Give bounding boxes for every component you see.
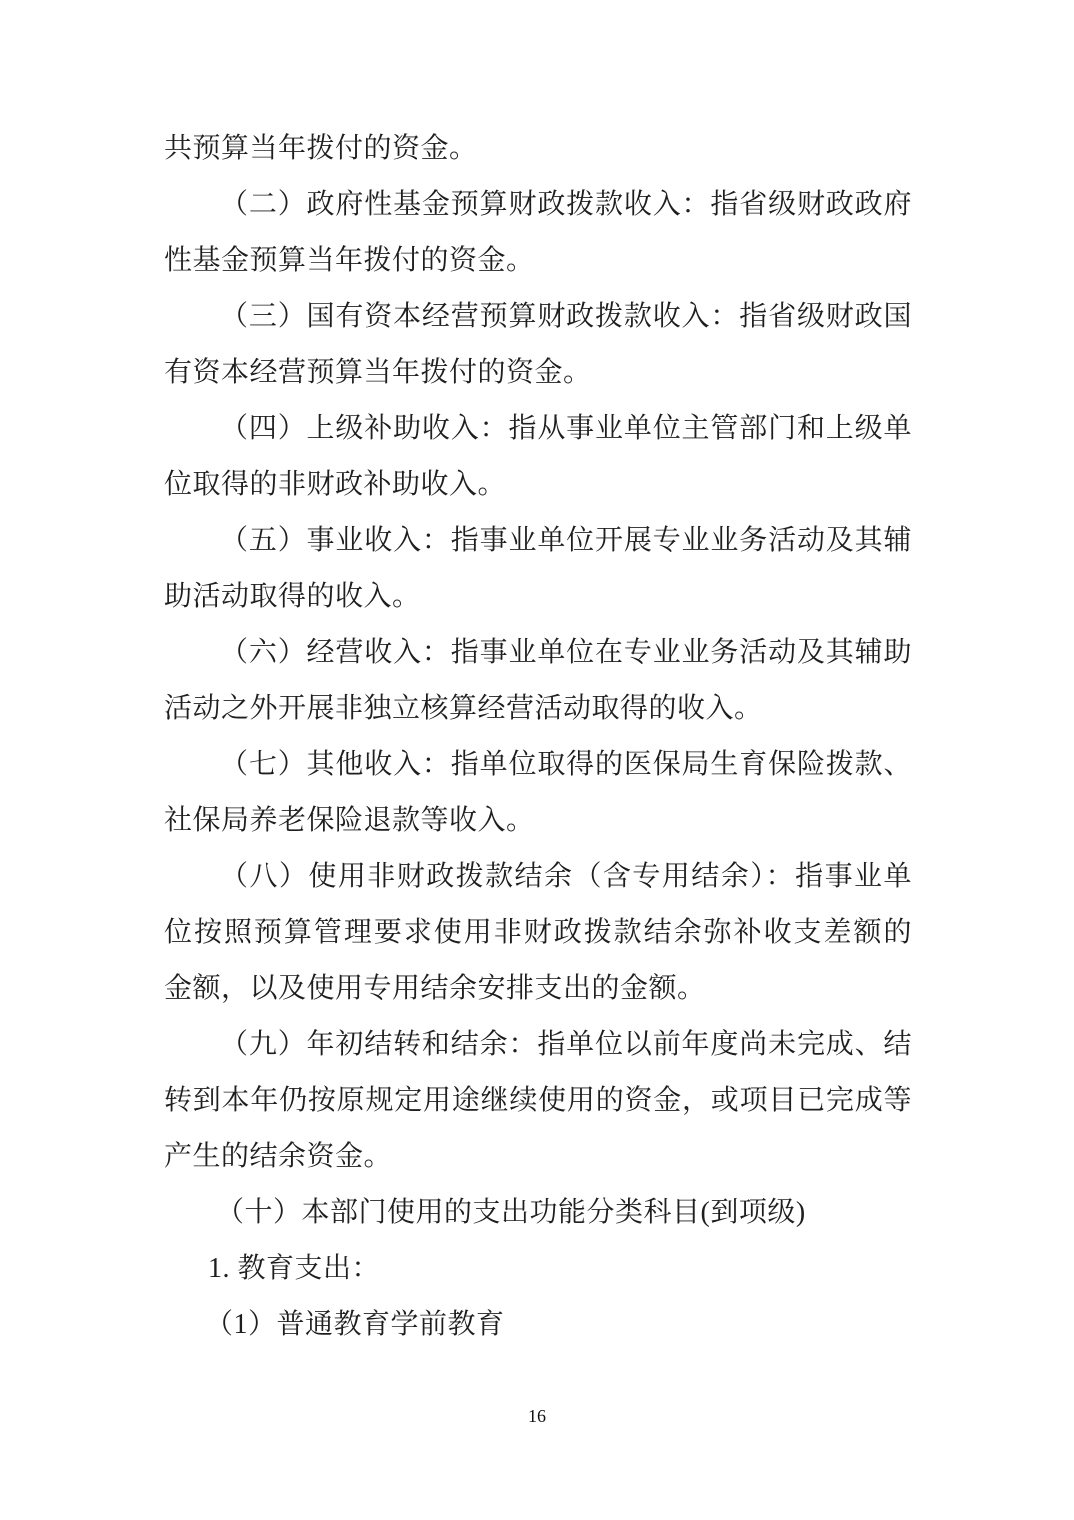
text-line: 助活动取得的收入。 <box>164 569 912 625</box>
text-line: 位按照预算管理要求使用非财政拨款结余弥补收支差额的 <box>164 905 912 961</box>
text-line: （四）上级补助收入：指从事业单位主管部门和上级单 <box>164 401 912 457</box>
text-line: 金额，以及使用专用结余安排支出的金额。 <box>164 961 912 1017</box>
paragraph: （五）事业收入：指事业单位开展专业业务活动及其辅助活动取得的收入。 <box>164 513 912 625</box>
paragraph: （二）政府性基金预算财政拨款收入：指省级财政政府性基金预算当年拨付的资金。 <box>164 177 912 289</box>
paragraph: （1）普通教育学前教育 <box>164 1297 912 1353</box>
text-line: （1）普通教育学前教育 <box>164 1297 912 1353</box>
text-line: （十）本部门使用的支出功能分类科目(到项级) <box>164 1185 912 1241</box>
text-line: 转到本年仍按原规定用途继续使用的资金，或项目已完成等 <box>164 1073 912 1129</box>
paragraph: （四）上级补助收入：指从事业单位主管部门和上级单位取得的非财政补助收入。 <box>164 401 912 513</box>
text-line: （五）事业收入：指事业单位开展专业业务活动及其辅 <box>164 513 912 569</box>
paragraph: （六）经营收入：指事业单位在专业业务活动及其辅助活动之外开展非独立核算经营活动取… <box>164 625 912 737</box>
text-line: 1. 教育支出： <box>164 1241 912 1297</box>
document-page: 共预算当年拨付的资金。（二）政府性基金预算财政拨款收入：指省级财政政府性基金预算… <box>0 0 1074 1520</box>
paragraph: （三）国有资本经营预算财政拨款收入：指省级财政国有资本经营预算当年拨付的资金。 <box>164 289 912 401</box>
text-line: （三）国有资本经营预算财政拨款收入：指省级财政国 <box>164 289 912 345</box>
paragraph: 1. 教育支出： <box>164 1241 912 1297</box>
paragraph: （十）本部门使用的支出功能分类科目(到项级) <box>164 1185 912 1241</box>
page-number: 16 <box>0 1404 1074 1428</box>
text-line: 性基金预算当年拨付的资金。 <box>164 233 912 289</box>
text-line: （八）使用非财政拨款结余（含专用结余）：指事业单 <box>164 849 912 905</box>
text-line: 位取得的非财政补助收入。 <box>164 457 912 513</box>
text-line: （二）政府性基金预算财政拨款收入：指省级财政政府 <box>164 177 912 233</box>
paragraph: 共预算当年拨付的资金。 <box>164 121 912 177</box>
paragraph: （七）其他收入：指单位取得的医保局生育保险拨款、社保局养老保险退款等收入。 <box>164 737 912 849</box>
paragraph: （九）年初结转和结余：指单位以前年度尚未完成、结转到本年仍按原规定用途继续使用的… <box>164 1017 912 1185</box>
text-line: （六）经营收入：指事业单位在专业业务活动及其辅助 <box>164 625 912 681</box>
paragraph: （八）使用非财政拨款结余（含专用结余）：指事业单位按照预算管理要求使用非财政拨款… <box>164 849 912 1017</box>
text-line: 产生的结余资金。 <box>164 1129 912 1185</box>
text-line: （七）其他收入：指单位取得的医保局生育保险拨款、 <box>164 737 912 793</box>
text-line: （九）年初结转和结余：指单位以前年度尚未完成、结 <box>164 1017 912 1073</box>
text-line: 社保局养老保险退款等收入。 <box>164 793 912 849</box>
text-line: 共预算当年拨付的资金。 <box>164 121 912 177</box>
text-line: 有资本经营预算当年拨付的资金。 <box>164 345 912 401</box>
text-line: 活动之外开展非独立核算经营活动取得的收入。 <box>164 681 912 737</box>
document-body: 共预算当年拨付的资金。（二）政府性基金预算财政拨款收入：指省级财政政府性基金预算… <box>164 121 912 1353</box>
